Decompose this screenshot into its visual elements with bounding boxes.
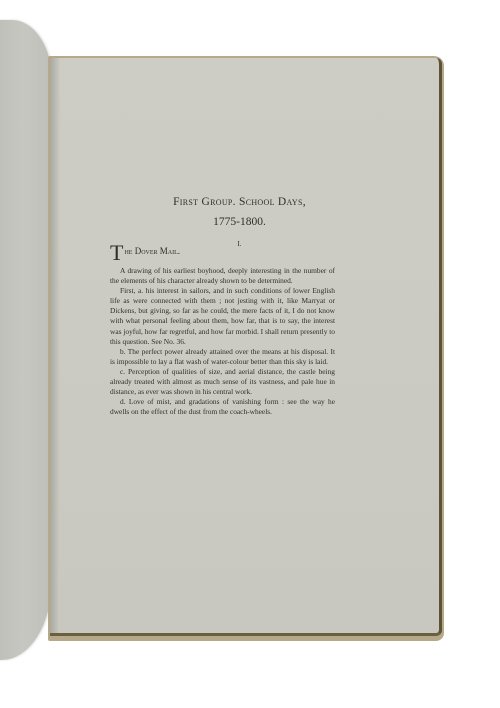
entry-title: The Dover Mail. (110, 246, 335, 256)
paragraph: A drawing of his earliest boyhood, deepl… (110, 266, 335, 286)
paragraph: First, a. his interest in sailors, and i… (110, 286, 335, 347)
paragraph: b. The perfect power already attained ov… (110, 347, 335, 367)
paragraph: c. Perception of qualities of size, and … (110, 367, 335, 397)
page-text: First Group. School Days, 1775-1800. I. … (110, 196, 335, 417)
left-page-curl (0, 20, 52, 660)
dropcap: T (110, 244, 123, 262)
page-gutter-shadow (50, 58, 60, 633)
paragraph: d. Love of mist, and gradations of vanis… (110, 397, 335, 417)
entry-title-text: he Dover Mail. (124, 246, 180, 256)
group-years: 1775-1800. (144, 216, 335, 228)
group-heading: First Group. School Days, (144, 196, 335, 208)
